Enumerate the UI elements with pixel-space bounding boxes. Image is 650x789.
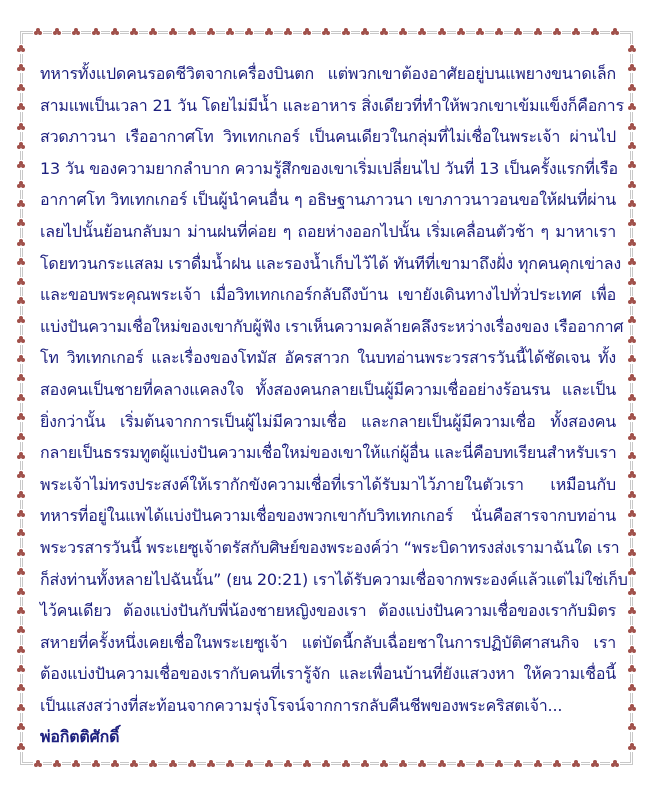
clover-icon [627, 141, 637, 151]
clover-icon [456, 759, 466, 769]
clover-icon [627, 606, 637, 616]
clover-icon [627, 664, 637, 674]
clover-icon [71, 27, 81, 37]
border-ornaments-top [33, 27, 620, 37]
text-line: พระเจ้าไม่ทรงประสงค์ให้เรากักขังความเชื่… [40, 469, 616, 501]
clover-icon [16, 470, 26, 480]
clover-icon [16, 102, 26, 112]
text-line: สองคนเป็นชายที่คลางแคลงใจ ทั้งสองคนกลายเ… [40, 374, 616, 406]
clover-icon [16, 199, 26, 209]
clover-icon [627, 625, 637, 635]
clover-icon [456, 27, 466, 37]
clover-icon [16, 44, 26, 54]
border-ornaments-left [16, 44, 26, 752]
clover-icon [110, 759, 120, 769]
clover-icon [610, 27, 620, 37]
clover-icon [627, 238, 637, 248]
clover-icon [321, 759, 331, 769]
clover-icon [627, 393, 637, 403]
clover-icon [110, 27, 120, 37]
clover-icon [627, 44, 637, 54]
clover-icon [627, 470, 637, 480]
clover-icon [16, 703, 26, 713]
clover-icon [148, 759, 158, 769]
clover-icon [225, 27, 235, 37]
border-ornaments-right [627, 44, 637, 752]
clover-icon [52, 759, 62, 769]
clover-icon [16, 722, 26, 732]
clover-icon [168, 759, 178, 769]
author-signature: พ่อกิตติศักดิ์ [40, 721, 616, 753]
clover-icon [437, 27, 447, 37]
clover-icon [379, 759, 389, 769]
clover-icon [627, 742, 637, 752]
clover-icon [16, 238, 26, 248]
clover-icon [16, 587, 26, 597]
clover-icon [16, 63, 26, 73]
clover-icon [52, 27, 62, 37]
clover-icon [571, 759, 581, 769]
clover-icon [417, 27, 427, 37]
clover-icon [552, 27, 562, 37]
clover-icon [168, 27, 178, 37]
clover-icon [16, 315, 26, 325]
clover-icon [16, 83, 26, 93]
border-ornaments-bottom [33, 759, 620, 769]
clover-icon [187, 759, 197, 769]
clover-icon [341, 759, 351, 769]
clover-icon [627, 218, 637, 228]
clover-icon [627, 567, 637, 577]
clover-icon [16, 257, 26, 267]
clover-icon [16, 432, 26, 442]
clover-icon [16, 393, 26, 403]
clover-icon [16, 645, 26, 655]
text-line: กลายเป็นธรรมทูตผู้แบ่งปันความเชื่อใหม่ขอ… [40, 437, 616, 469]
clover-icon [16, 180, 26, 190]
clover-icon [206, 27, 216, 37]
clover-icon [590, 759, 600, 769]
clover-icon [398, 759, 408, 769]
clover-icon [187, 27, 197, 37]
text-line: สหายที่ครั้งหนึ่งเคยเชื่อในพระเยซูเจ้า แ… [40, 627, 616, 659]
clover-icon [148, 27, 158, 37]
clover-icon [494, 27, 504, 37]
clover-icon [360, 27, 370, 37]
clover-icon [627, 528, 637, 538]
text-line: ทหารที่อยู่ในแพได้แบ่งปันความเชื่อของพวก… [40, 500, 616, 532]
clover-icon [627, 373, 637, 383]
clover-icon [16, 548, 26, 558]
clover-icon [16, 335, 26, 345]
reflection-text-body: ทหารทั้งแปดคนรอดชีวิตจากเครื่องบินตก แต่… [40, 58, 616, 753]
clover-icon [16, 683, 26, 693]
clover-icon [225, 759, 235, 769]
clover-icon [16, 567, 26, 577]
clover-icon [16, 490, 26, 500]
text-line: อากาศโท วิทเทกเกอร์ เป็นผู้นำคนอื่น ๆ อธ… [40, 184, 616, 216]
clover-icon [360, 759, 370, 769]
clover-icon [627, 509, 637, 519]
clover-icon [283, 759, 293, 769]
clover-icon [16, 509, 26, 519]
clover-icon [16, 625, 26, 635]
clover-icon [475, 759, 485, 769]
clover-icon [16, 296, 26, 306]
clover-icon [71, 759, 81, 769]
clover-icon [417, 759, 427, 769]
clover-icon [16, 218, 26, 228]
reflection-paragraph: ทหารทั้งแปดคนรอดชีวิตจากเครื่องบินตก แต่… [40, 58, 616, 721]
clover-icon [16, 451, 26, 461]
clover-icon [494, 759, 504, 769]
text-line: โท วิทเทกเกอร์ และเรื่องของโทมัส อัครสาว… [40, 342, 616, 374]
clover-icon [627, 257, 637, 267]
text-line: ก็ส่งท่านทั้งหลายไปฉันนั้น” (ยน 20:21) เ… [40, 564, 616, 596]
text-line: สวดภาวนา เรืออากาศโท วิทเทกเกอร์ เป็นคนเ… [40, 121, 616, 153]
clover-icon [627, 490, 637, 500]
clover-icon [16, 412, 26, 422]
text-line: และขอบพระคุณพระเจ้า เมื่อวิทเทกเกอร์กลับ… [40, 279, 616, 311]
clover-icon [398, 27, 408, 37]
clover-icon [437, 759, 447, 769]
clover-icon [264, 27, 274, 37]
clover-icon [33, 27, 43, 37]
text-line: แบ่งปันความเชื่อใหม่ของเขากับผู้ฟัง เราเ… [40, 311, 616, 343]
clover-icon [16, 664, 26, 674]
clover-icon [627, 451, 637, 461]
clover-icon [627, 180, 637, 190]
clover-icon [16, 122, 26, 132]
clover-icon [627, 83, 637, 93]
clover-icon [533, 27, 543, 37]
clover-icon [302, 759, 312, 769]
clover-icon [16, 354, 26, 364]
clover-icon [627, 412, 637, 422]
text-line: ยิ่งกว่านั้น เริ่มต้นจากการเป็นผู้ไม่มีค… [40, 406, 616, 438]
clover-icon [610, 759, 620, 769]
clover-icon [16, 160, 26, 170]
clover-icon [91, 759, 101, 769]
clover-icon [627, 315, 637, 325]
text-line: เป็นแสงสว่างที่สะท้อนจากความรุ่งโรจน์จาก… [40, 690, 616, 722]
clover-icon [283, 27, 293, 37]
text-line: พระวรสารวันนี้ พระเยซูเจ้าตรัสกับศิษย์ขอ… [40, 532, 616, 564]
clover-icon [379, 27, 389, 37]
clover-icon [627, 548, 637, 558]
clover-icon [91, 27, 101, 37]
clover-icon [627, 63, 637, 73]
clover-icon [206, 759, 216, 769]
clover-icon [627, 587, 637, 597]
clover-icon [627, 722, 637, 732]
text-line: ต้องแบ่งปันความเชื่อของเรากับคนที่เรารู้… [40, 658, 616, 690]
clover-icon [627, 354, 637, 364]
clover-icon [341, 27, 351, 37]
clover-icon [33, 759, 43, 769]
clover-icon [513, 759, 523, 769]
clover-icon [513, 27, 523, 37]
clover-icon [627, 277, 637, 287]
clover-icon [533, 759, 543, 769]
clover-icon [244, 27, 254, 37]
clover-icon [627, 645, 637, 655]
text-line: เลยไปนั้นย้อนกลับมา ม่านฝนที่ค่อย ๆ ถอยห… [40, 216, 616, 248]
text-line: 13 วัน ของความยากลำบาก ความรู้สึกของเขาเ… [40, 153, 616, 185]
clover-icon [627, 296, 637, 306]
clover-icon [264, 759, 274, 769]
text-line: โดยทวนกระแสลม เราดื่มน้ำฝน และรองน้ำเก็บ… [40, 248, 616, 280]
clover-icon [16, 606, 26, 616]
clover-icon [475, 27, 485, 37]
clover-icon [244, 759, 254, 769]
clover-icon [627, 122, 637, 132]
clover-icon [16, 373, 26, 383]
clover-icon [627, 199, 637, 209]
text-line: ไว้คนเดียว ต้องแบ่งปันกับพี่น้องชายหญิงข… [40, 595, 616, 627]
clover-icon [627, 683, 637, 693]
clover-icon [552, 759, 562, 769]
text-line: สามแพเป็นเวลา 21 วัน โดยไม่มีน้ำ และอาหา… [40, 90, 616, 122]
clover-icon [627, 102, 637, 112]
clover-icon [627, 703, 637, 713]
clover-icon [627, 335, 637, 345]
clover-icon [321, 27, 331, 37]
text-line: ทหารทั้งแปดคนรอดชีวิตจากเครื่องบินตก แต่… [40, 58, 616, 90]
clover-icon [16, 277, 26, 287]
clover-icon [129, 27, 139, 37]
clover-icon [571, 27, 581, 37]
clover-icon [627, 432, 637, 442]
clover-icon [16, 528, 26, 538]
clover-icon [590, 27, 600, 37]
clover-icon [129, 759, 139, 769]
clover-icon [16, 141, 26, 151]
clover-icon [627, 160, 637, 170]
clover-icon [16, 742, 26, 752]
clover-icon [302, 27, 312, 37]
